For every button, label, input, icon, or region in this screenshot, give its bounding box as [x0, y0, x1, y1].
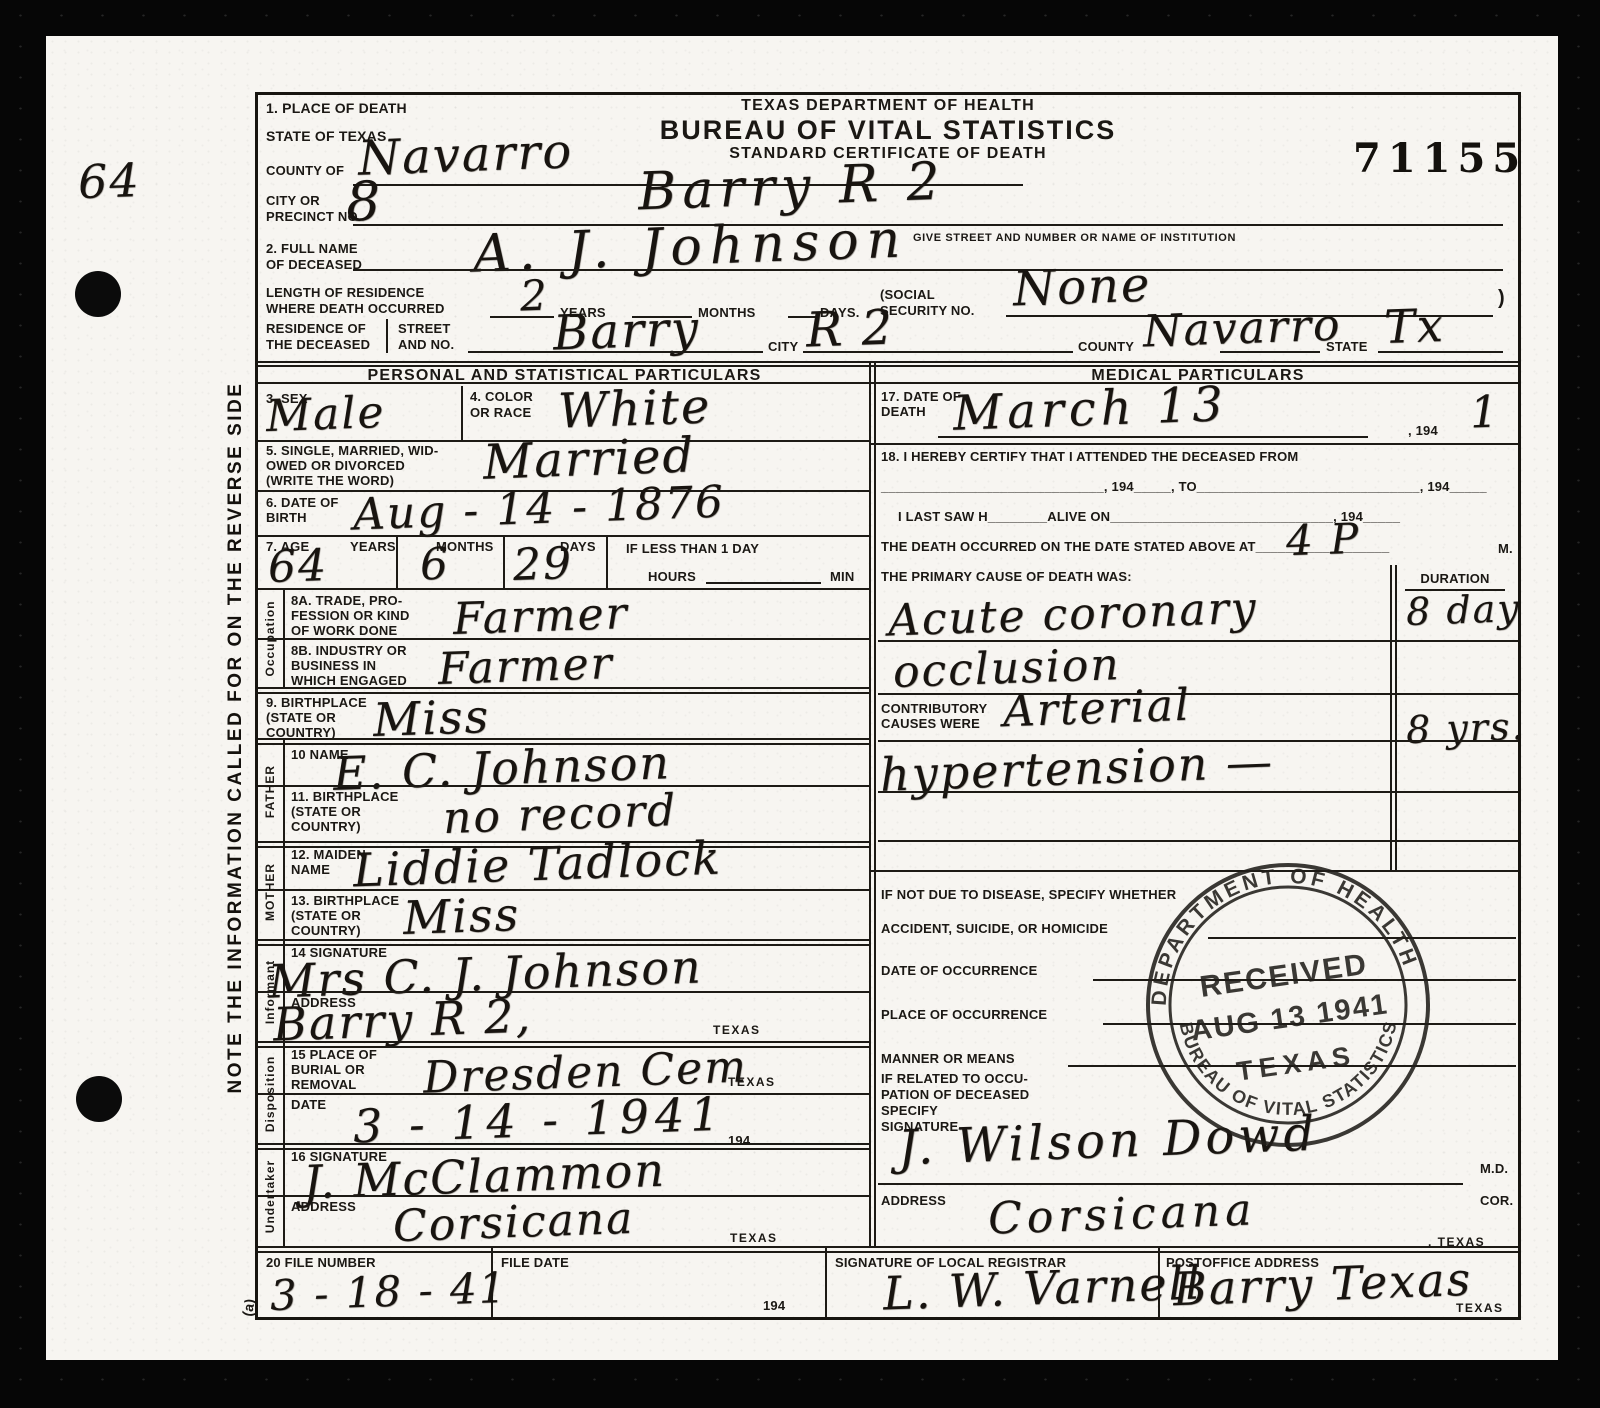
registrar-value: L. W. Varnell: [882, 1259, 1202, 1316]
rule: [606, 535, 608, 588]
trade-label-1: 8A. TRADE, PRO-: [291, 593, 402, 608]
father-birthplace-label-2: (STATE OR: [291, 804, 361, 819]
color-label-2: OR RACE: [470, 405, 531, 420]
dod-194: , 194: [1408, 423, 1438, 438]
rule: [258, 889, 871, 891]
county-label: COUNTY OF: [266, 163, 344, 178]
postoffice-value: Barry Texas: [1172, 1256, 1473, 1312]
mother-birthplace-label-1: 13. BIRTHPLACE: [291, 893, 399, 908]
certify-blanks-line: ______________________________, 194_____…: [881, 479, 1487, 494]
undertaker-address-label: ADDRESS: [291, 1199, 356, 1214]
rule: [874, 361, 876, 1248]
street-value: Barry: [552, 304, 700, 357]
marital-label-1: 5. SINGLE, MARRIED, WID-: [266, 443, 438, 458]
rule: [258, 1246, 1518, 1248]
burial-date-value: 3 - 14 - 1941: [352, 1091, 726, 1150]
file-number-value: 3 - 18 - 41: [269, 1267, 508, 1317]
father-birthplace-label-3: COUNTRY): [291, 819, 361, 834]
physician-texas-label: , TEXAS: [1428, 1235, 1485, 1249]
birthplace-value: Miss: [372, 693, 491, 743]
manner-means-label: MANNER OR MEANS: [881, 1051, 1015, 1066]
trade-label-3: OF WORK DONE: [291, 623, 397, 638]
paper-sheet: 64 NOTE THE INFORMATION CALLED FOR ON TH…: [46, 36, 1558, 1360]
maiden-value: Liddie Tadlock: [352, 835, 722, 894]
trade-label-2: FESSION OR KIND: [291, 608, 410, 623]
occupation-related-label-3: SPECIFY: [881, 1103, 938, 1118]
min-label: MIN: [830, 569, 854, 584]
rule: [258, 535, 871, 537]
rule: [878, 640, 1518, 642]
precinct-label-1: CITY OR: [266, 193, 320, 208]
rule: [1378, 351, 1503, 353]
industry-label-3: WHICH ENGAGED: [291, 673, 407, 688]
mother-side-label: MOTHER: [258, 843, 283, 941]
accident-label: ACCIDENT, SUICIDE, OR HOMICIDE: [881, 921, 1108, 936]
dob-label-1: 6. DATE OF: [266, 495, 339, 510]
street-note: GIVE STREET AND NUMBER OR NAME OF INSTIT…: [913, 231, 1236, 246]
file-date-194: 194: [763, 1298, 785, 1313]
postoffice-texas-label: TEXAS: [1456, 1301, 1504, 1315]
rule: [871, 443, 1518, 445]
rule: [878, 693, 1518, 695]
birthplace-label-1: 9. BIRTHPLACE: [266, 695, 367, 710]
age-years-value: 64: [267, 544, 328, 590]
age-months-value: 6: [419, 542, 451, 587]
rule: [258, 687, 871, 689]
residence-length-label-2: WHERE DEATH OCCURRED: [266, 301, 445, 316]
state2-label: STATE: [1326, 339, 1368, 354]
rule: [258, 692, 871, 694]
precinct-value: 8: [345, 174, 383, 229]
file-date-label: FILE DATE: [501, 1255, 569, 1270]
burial-date-label: DATE: [291, 1097, 326, 1112]
dob-label-2: BIRTH: [266, 510, 307, 525]
rule: [490, 316, 554, 318]
rule: [258, 382, 1518, 384]
contributory-label-1: CONTRIBUTORY: [881, 701, 987, 716]
reverse-side-note: NOTE THE INFORMATION CALLED FOR ON THE R…: [222, 315, 250, 1160]
received-stamp: DEPARTMENT OF HEALTH BUREAU OF VITAL STA…: [1119, 836, 1458, 1175]
hours-label: HOURS: [648, 569, 696, 584]
punch-hole-bottom: [76, 1076, 122, 1122]
dod-value: March 13: [952, 380, 1228, 438]
ssn-label-2: SECURITY NO.: [880, 303, 975, 318]
sex-value: Male: [265, 391, 386, 439]
dod-year-value: 1: [1469, 390, 1501, 435]
burial-label-2: BURIAL OR: [291, 1062, 365, 1077]
primary-cause-label: THE PRIMARY CAUSE OF DEATH WAS:: [881, 569, 1132, 584]
cor-label: COR.: [1480, 1193, 1513, 1208]
state2-value: Tx: [1383, 302, 1445, 350]
informant-texas-label: TEXAS: [713, 1023, 761, 1037]
city-value: R 2: [805, 303, 895, 354]
stamp-state-text: TEXAS: [1235, 1040, 1358, 1086]
mother-birthplace-label-3: COUNTRY): [291, 923, 361, 938]
rule: [938, 436, 1368, 438]
trade-value: Farmer: [452, 592, 629, 642]
residence-years-value: 2: [519, 275, 549, 318]
burial-label-1: 15 PLACE OF: [291, 1047, 377, 1062]
age-years-label: YEARS: [350, 539, 396, 554]
contributory-label-2: CAUSES WERE: [881, 716, 980, 731]
residence-length-label-1: LENGTH OF RESIDENCE: [266, 285, 424, 300]
age-days-value: 29: [512, 542, 573, 588]
burial-texas-label: TEXAS: [728, 1075, 776, 1089]
scanned-death-certificate: 64 NOTE THE INFORMATION CALLED FOR ON TH…: [0, 0, 1600, 1408]
industry-label-2: BUSINESS IN: [291, 658, 376, 673]
rule: [258, 361, 1518, 363]
rule: [461, 386, 463, 440]
rule: [258, 1251, 1518, 1253]
rule: [803, 351, 1073, 353]
occupation-related-label-2: PATION OF DECEASED: [881, 1087, 1029, 1102]
date-occurrence-label: DATE OF OCCURRENCE: [881, 963, 1037, 978]
county-value: Navarro: [357, 127, 574, 182]
dod-label-2: DEATH: [881, 404, 926, 419]
margin-page-number: 64: [77, 157, 141, 205]
industry-label-1: 8B. INDUSTRY OR: [291, 643, 407, 658]
occupation-related-label-1: IF RELATED TO OCCU-: [881, 1071, 1028, 1086]
rule: [258, 991, 871, 993]
rule: [878, 791, 1518, 793]
ssn-value: None: [1012, 261, 1152, 314]
county2-label: COUNTY: [1078, 339, 1134, 354]
bureau-title: BUREAU OF VITAL STATISTICS: [578, 115, 1198, 146]
md-label: M.D.: [1480, 1161, 1508, 1176]
maiden-label-2: NAME: [291, 862, 330, 877]
physician-address-value: Corsicana: [987, 1188, 1257, 1241]
undertaker-texas-label: TEXAS: [730, 1231, 778, 1245]
fullname-label-1: 2. FULL NAME: [266, 241, 358, 256]
father-birthplace-label-1: 11. BIRTHPLACE: [291, 789, 399, 804]
father-side-label: FATHER: [258, 740, 283, 843]
place-occurrence-label: PLACE OF OCCURRENCE: [881, 1007, 1047, 1022]
physician-address-label: ADDRESS: [881, 1193, 946, 1208]
months-label: MONTHS: [698, 305, 756, 320]
duration-value-1: 8 day: [1405, 589, 1521, 631]
rule: [1220, 351, 1320, 353]
rule: [878, 1183, 1463, 1185]
color-label-1: 4. COLOR: [470, 389, 533, 404]
punch-hole-top: [75, 271, 121, 317]
rule: [258, 1041, 871, 1043]
death-hour-value: 4 P: [1285, 518, 1361, 563]
residence-of-label-1: RESIDENCE OF: [266, 321, 366, 336]
burial-label-3: REMOVAL: [291, 1077, 356, 1092]
rule: [825, 1248, 827, 1317]
residence-of-label-2: THE DECEASED: [266, 337, 370, 352]
rule: [1395, 565, 1397, 870]
city-label: CITY: [768, 339, 798, 354]
informant-address-value: Barry R 2,: [272, 992, 532, 1047]
county2-value: Navarro: [1142, 304, 1342, 355]
rule: [468, 351, 763, 353]
rule: [706, 582, 821, 584]
duration-header: DURATION: [1405, 571, 1505, 586]
ssn-close-paren: ): [1498, 291, 1505, 306]
death-hour-m-label: M.: [1498, 541, 1513, 556]
birthplace-label-2: (STATE OR: [266, 710, 336, 725]
mother-birthplace-label-2: (STATE OR: [291, 908, 361, 923]
rule: [878, 840, 1518, 842]
certificate-form: 1. PLACE OF DEATH STATE OF TEXAS TEXAS D…: [255, 92, 1521, 1320]
contributory-line-2: hypertension —: [879, 738, 1274, 798]
rule: [283, 740, 285, 843]
dod-label-1: 17. DATE OF: [881, 389, 961, 404]
rule: [1390, 565, 1392, 870]
mother-birthplace-value: Miss: [402, 891, 521, 941]
fullname-label-2: OF DECEASED: [266, 257, 362, 272]
street-no-label-2: AND NO.: [398, 337, 454, 352]
burial-date-194: 194: [728, 1133, 750, 1148]
rule: [396, 535, 398, 588]
rule: [283, 843, 285, 941]
dob-value: Aug - 14 - 1876: [352, 481, 725, 538]
marital-label-2: OWED OR DIVORCED: [266, 458, 405, 473]
rule: [503, 535, 505, 588]
duration-value-2: 8 yrs.: [1405, 707, 1526, 749]
certify-line: 18. I HEREBY CERTIFY THAT I ATTENDED THE…: [881, 449, 1298, 464]
contributory-line-1: Arterial: [1002, 684, 1191, 735]
undertaker-address-value: Corsicana: [392, 1197, 635, 1249]
rule: [386, 319, 388, 353]
rule: [869, 361, 871, 1248]
department-title: TEXAS DEPARTMENT OF HEALTH: [578, 97, 1198, 115]
rule: [258, 939, 871, 941]
rule: [258, 1143, 871, 1145]
less-than-day-label: IF LESS THAN 1 DAY: [626, 541, 759, 556]
industry-value: Farmer: [437, 642, 614, 692]
certificate-number: 71155: [1353, 135, 1527, 182]
street-no-label-1: STREET: [398, 321, 450, 336]
cause-line-1: Acute coronary: [887, 587, 1258, 644]
rule: [258, 785, 871, 787]
place-of-death-label: 1. PLACE OF DEATH: [266, 101, 407, 116]
marital-label-3: (WRITE THE WORD): [266, 473, 394, 488]
